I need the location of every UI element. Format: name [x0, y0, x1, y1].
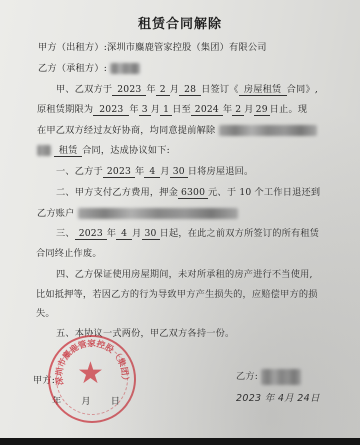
clause-text: 元、于 10 个工作日退还到: [208, 187, 320, 198]
party-a-line: 甲方（出租方）:深圳市麋鹿管家控股（集团）有限公司: [38, 39, 267, 53]
month-char: 月: [170, 84, 179, 95]
redacted-party-b-name: [110, 63, 140, 74]
clause-text: 日起，在此之前双方所签订的所有租赁: [160, 228, 320, 239]
clause-number: 二、: [56, 187, 75, 198]
intro-line-1: 甲、乙双方于2023年2月28日签订《房屋租赁合同》,: [56, 81, 318, 96]
intro-text: 甲、乙双方于: [56, 84, 112, 95]
clause-text: 乙方于: [75, 166, 103, 177]
star-icon: ★: [77, 359, 104, 389]
company-seal: 深圳市麋鹿管家控股（集团）有限公司 ★: [48, 335, 136, 423]
year-char: 年: [129, 104, 138, 115]
clause-text: 乙方账户: [37, 208, 75, 219]
month-char: 月: [160, 166, 169, 177]
month-char: 月: [244, 104, 253, 115]
intro-text: 日止。现: [270, 104, 308, 115]
clause-text: 失。: [36, 308, 55, 319]
sign-day: 28: [179, 85, 201, 96]
party-b-line: 乙方（承租方）:: [38, 60, 140, 74]
year-char: 年: [135, 166, 144, 177]
clause-number: 一、: [56, 166, 75, 177]
clause-number: 三、: [56, 228, 75, 239]
clause-3-line-2: 合同终止作废。: [36, 245, 102, 259]
signature-party-b-label: 乙方:: [236, 371, 258, 382]
bottom-black-bar: [0, 438, 360, 445]
termination-day: 30: [142, 229, 160, 240]
termination-year: 2023: [75, 229, 107, 240]
year-char: 年: [146, 84, 155, 95]
document-title: 租赁合同解除: [0, 13, 360, 32]
signature-party-b: 乙方:: [236, 368, 301, 385]
redacted-bank-account: [78, 208, 238, 219]
intro-line-3: 在甲乙双方经过友好协商，均同意提前解除: [37, 122, 317, 136]
sign-year: 2023: [112, 85, 146, 96]
sign-month: 2: [156, 85, 170, 96]
return-month: 4: [144, 167, 160, 178]
clause-2-line-2: 乙方账户: [37, 205, 238, 219]
clause-4-line-2: 比如抵押等，若因乙方的行为导致甲方产生损失的，应赔偿甲方的损: [36, 286, 318, 300]
party-a-name: 深圳市麋鹿管家控股（集团）有限公司: [107, 42, 267, 53]
intro-line-2: 原租赁期限为2023年3月1日至2024年2月29日止。现: [37, 101, 307, 116]
month-char: 月: [132, 228, 141, 239]
intro-text: 日至: [172, 104, 191, 115]
end-month: 2: [232, 105, 244, 116]
clause-text: 日将房屋退回。: [188, 166, 254, 177]
intro-text: 合同，达成协议如下:: [82, 145, 170, 156]
contract-name: 房屋租赁: [239, 85, 287, 96]
intro-text: 合同》,: [287, 84, 318, 95]
termination-month: 4: [116, 229, 132, 240]
year-char: 年: [223, 104, 232, 115]
clause-text: 合同终止作废。: [36, 248, 102, 259]
start-day: 1: [160, 105, 172, 116]
intro-text: 日签订《: [201, 84, 239, 95]
return-day: 30: [170, 167, 188, 178]
party-a-label: 甲方（出租方）:: [38, 42, 107, 53]
intro-text: 原租赁期限为: [37, 104, 93, 115]
start-month: 3: [139, 105, 151, 116]
clause-text: 甲方支付乙方费用，押金: [75, 187, 178, 198]
end-year: 2024: [191, 105, 223, 116]
document-page: 租赁合同解除 甲方（出租方）:深圳市麋鹿管家控股（集团）有限公司 乙方（承租方）…: [0, 0, 360, 438]
redacted-property-address: [219, 125, 317, 136]
party-b-label: 乙方（承租方）:: [38, 63, 107, 74]
signature-party-b-date: 2023 年 4月 24日: [236, 390, 320, 404]
month-char: 月: [151, 104, 160, 115]
clause-1: 一、乙方于2023年4月30日将房屋退回。: [56, 163, 253, 178]
clause-text: 比如抵押等，若因乙方的行为导致甲方产生损失的，应赔偿甲方的损: [36, 289, 318, 300]
redacted-signature: [261, 369, 301, 385]
intro-text: 在甲乙双方经过友好协商，均同意提前解除: [37, 125, 215, 136]
clause-4-line-3: 失。: [36, 305, 55, 319]
clause-3-line-1: 三、2023年4月30日起，在此之前双方所签订的所有租赁: [56, 225, 319, 240]
end-day: 29: [254, 105, 270, 116]
clause-4-line-1: 四、乙方保证使用房屋期间，未对所承租的房产进行不当使用,: [56, 266, 313, 280]
clause-2-line-1: 二、甲方支付乙方费用，押金6300元、于 10 个工作日退还到: [56, 184, 320, 199]
start-year: 2023: [93, 105, 129, 116]
contract-type: 租赁: [54, 146, 82, 157]
clause-text: 乙方保证使用房屋期间，未对所承租的房产进行不当使用,: [75, 269, 313, 280]
redacted-text: [37, 145, 51, 156]
clause-number: 四、: [56, 269, 75, 280]
return-year: 2023: [103, 167, 135, 178]
year-char: 年: [107, 228, 116, 239]
deposit-amount: 6300: [178, 188, 208, 199]
intro-line-4: 租赁合同，达成协议如下:: [37, 142, 170, 157]
